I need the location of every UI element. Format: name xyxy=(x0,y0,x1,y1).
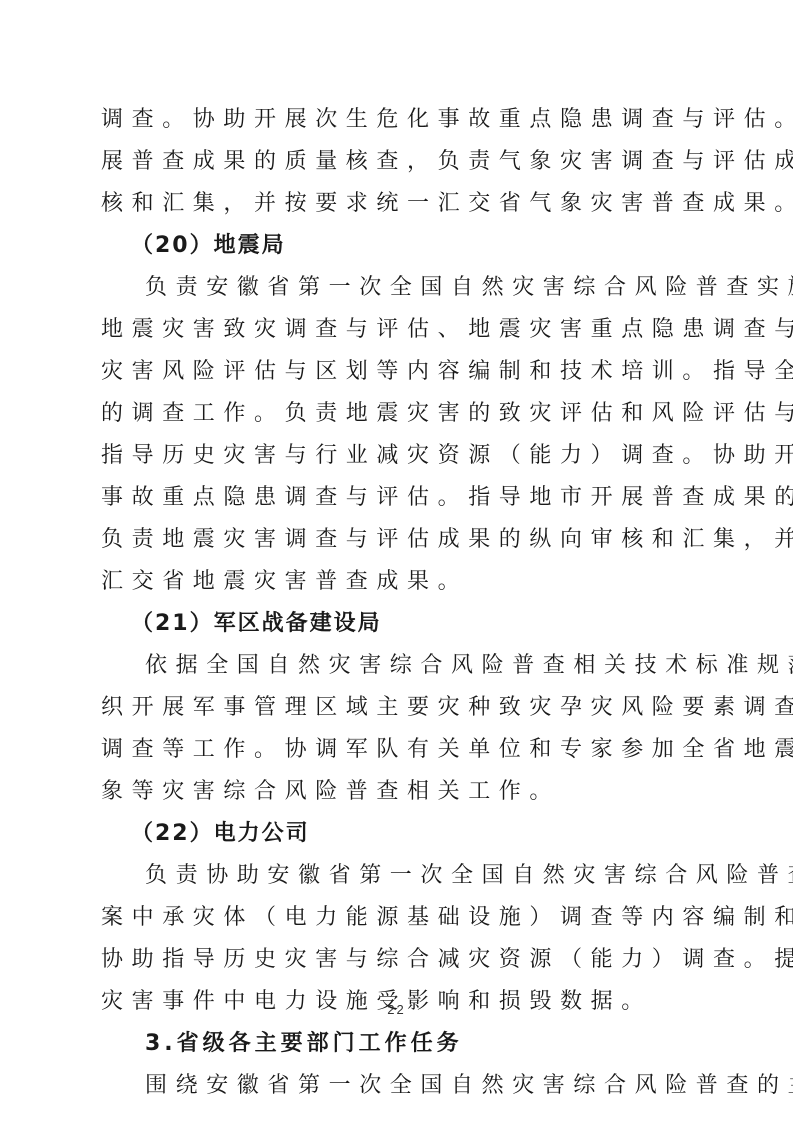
paragraph-military-readiness-bureau: 依据全国自然灾害综合风险普查相关技术标准规范，按需组 织开展军事管理区域主要灾种… xyxy=(101,645,693,813)
heading-earthquake-bureau: （20）地震局 xyxy=(101,225,693,267)
paragraph-continuation: 调查。协助开展次生危化事故重点隐患调查与评估。指导地市开 展普查成果的质量核查，… xyxy=(101,99,693,225)
text-line: 调查等工作。协调军队有关单位和专家参加全省地震、水旱、气 xyxy=(101,729,693,771)
paragraph-earthquake-bureau: 负责安徽省第一次全国自然灾害综合风险普查实施方案中 地震灾害致灾调查与评估、地震… xyxy=(101,267,693,603)
text-line: 地震灾害致灾调查与评估、地震灾害重点隐患调查与评估、地震 xyxy=(101,309,693,351)
text-line: 围绕安徽省第一次全国自然灾害综合风险普查的主要目标 xyxy=(101,1065,693,1107)
paragraph-provincial-departments: 围绕安徽省第一次全国自然灾害综合风险普查的主要目标 xyxy=(101,1065,693,1107)
text-line: 负责安徽省第一次全国自然灾害综合风险普查实施方案中 xyxy=(101,267,693,309)
document-page: 调查。协助开展次生危化事故重点隐患调查与评估。指导地市开 展普查成果的质量核查，… xyxy=(101,99,693,1107)
text-line: 织开展军事管理区域主要灾种致灾孕灾风险要素调查、重点隐患 xyxy=(101,687,693,729)
text-line: 事故重点隐患调查与评估。指导地市开展普查成果的质量核查， xyxy=(101,477,693,519)
paragraph-power-company: 负责协助安徽省第一次全国自然灾害综合风险普查实施方 案中承灾体（电力能源基础设施… xyxy=(101,855,693,1023)
text-line: 指导历史灾害与行业减灾资源（能力）调查。协助开展次生危化 xyxy=(101,435,693,477)
text-line: 的调查工作。负责地震灾害的致灾评估和风险评估与区划。协助 xyxy=(101,393,693,435)
text-line: 依据全国自然灾害综合风险普查相关技术标准规范，按需组 xyxy=(101,645,693,687)
text-line: 象等灾害综合风险普查相关工作。 xyxy=(101,771,693,813)
text-line: 汇交省地震灾害普查成果。 xyxy=(101,561,693,603)
text-line: 负责协助安徽省第一次全国自然灾害综合风险普查实施方 xyxy=(101,855,693,897)
text-line: 展普查成果的质量核查，负责气象灾害调查与评估成果的纵向审 xyxy=(101,141,693,183)
text-line: 调查。协助开展次生危化事故重点隐患调查与评估。指导地市开 xyxy=(101,99,693,141)
text-line: 核和汇集，并按要求统一汇交省气象灾害普查成果。 xyxy=(101,183,693,225)
text-line: 负责地震灾害调查与评估成果的纵向审核和汇集，并按要求统一 xyxy=(101,519,693,561)
page-number: 22 xyxy=(0,1002,793,1017)
text-line: 协助指导历史灾害与综合减灾资源（能力）调查。提供历史自然 xyxy=(101,939,693,981)
text-line: 案中承灾体（电力能源基础设施）调查等内容编制和技术培训。 xyxy=(101,897,693,939)
text-line: 灾害风险评估与区划等内容编制和技术培训。指导全省开展相关 xyxy=(101,351,693,393)
heading-military-readiness-bureau: （21）军区战备建设局 xyxy=(101,603,693,645)
section-heading-provincial-departments: 3.省级各主要部门工作任务 xyxy=(101,1023,693,1065)
heading-power-company: （22）电力公司 xyxy=(101,813,693,855)
